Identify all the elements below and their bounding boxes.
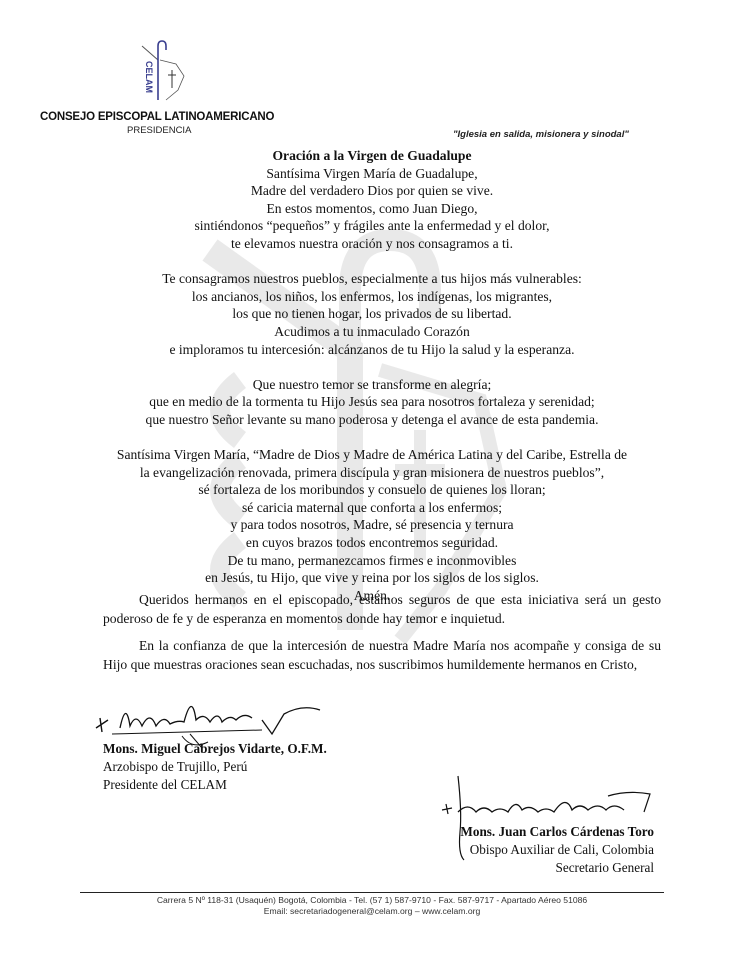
paragraph-text: Queridos hermanos en el episcopado, esta… [103,592,661,626]
celam-logo-icon: CELAM [138,40,188,102]
prayer-stanza-3: Que nuestro temor se transforme en alegr… [60,376,684,429]
prayer-line: Madre del verdadero Dios por quien se vi… [60,182,684,200]
prayer-stanza-2: Te consagramos nuestros pueblos, especia… [60,270,684,358]
prayer-line: los ancianos, los niños, los enfermos, l… [60,288,684,306]
prayer-line: Te consagramos nuestros pueblos, especia… [60,270,684,288]
motto: "Iglesia en salida, misionera y sinodal" [453,129,629,140]
body-paragraph-1: Queridos hermanos en el episcopado, esta… [103,590,661,628]
prayer-stanza-4: Santísima Virgen María, “Madre de Dios y… [60,446,684,604]
prayer-stanza-1: Santísima Virgen María de Guadalupe, Mad… [60,165,684,253]
prayer-line: sintiéndonos “pequeños” y frágiles ante … [60,217,684,235]
signatory-name: Mons. Miguel Cabrejos Vidarte, O.F.M. [103,740,327,758]
department-name: PRESIDENCIA [127,125,191,136]
prayer-line: te elevamos nuestra oración y nos consag… [60,235,684,253]
prayer-line: Que nuestro temor se transforme en alegr… [60,376,684,394]
signatory-1: Mons. Miguel Cabrejos Vidarte, O.F.M. Ar… [103,740,327,794]
footer-contact: Email: secretariadogeneral@celam.org – w… [80,906,664,917]
prayer-line: En estos momentos, como Juan Diego, [60,200,684,218]
prayer-line: en cuyos brazos todos encontremos seguri… [60,534,684,552]
signatory-name: Mons. Juan Carlos Cárdenas Toro [436,823,654,841]
signatory-role: Presidente del CELAM [103,776,327,794]
paragraph-text: En la confianza de que la intercesión de… [103,638,661,672]
signatory-role: Secretario General [436,859,654,877]
prayer-line: sé fortaleza de los moribundos y consuel… [60,481,684,499]
prayer-line: sé caricia maternal que conforta a los e… [60,499,684,517]
prayer-line: los que no tienen hogar, los privados de… [60,305,684,323]
signatory-role: Arzobispo de Trujillo, Perú [103,758,327,776]
prayer-title: Oración a la Virgen de Guadalupe [60,147,684,165]
prayer-line: en Jesús, tu Hijo, que vive y reina por … [60,569,684,587]
prayer-line: que nuestro Señor levante su mano podero… [60,411,684,429]
prayer-line: la evangelización renovada, primera disc… [60,464,684,482]
footer-address: Carrera 5 Nº 118-31 (Usaquén) Bogotá, Co… [80,895,664,906]
prayer-line: que en medio de la tormenta tu Hijo Jesú… [60,393,684,411]
svg-text:CELAM: CELAM [144,61,154,93]
prayer: Oración a la Virgen de Guadalupe Santísi… [60,147,684,622]
footer: Carrera 5 Nº 118-31 (Usaquén) Bogotá, Co… [80,895,664,917]
signatory-2: Mons. Juan Carlos Cárdenas Toro Obispo A… [436,823,654,877]
prayer-line: Santísima Virgen María, “Madre de Dios y… [60,446,684,464]
prayer-line: y para todos nosotros, Madre, sé presenc… [60,516,684,534]
footer-divider [80,892,664,893]
body-paragraph-2: En la confianza de que la intercesión de… [103,636,661,674]
prayer-line: Santísima Virgen María de Guadalupe, [60,165,684,183]
prayer-line: e imploramos tu intercesión: alcánzanos … [60,341,684,359]
prayer-line: De tu mano, permanezcamos firmes e incon… [60,552,684,570]
prayer-line: Acudimos a tu inmaculado Corazón [60,323,684,341]
signatory-role: Obispo Auxiliar de Cali, Colombia [436,841,654,859]
organization-name: CONSEJO EPISCOPAL LATINOAMERICANO [40,111,274,123]
